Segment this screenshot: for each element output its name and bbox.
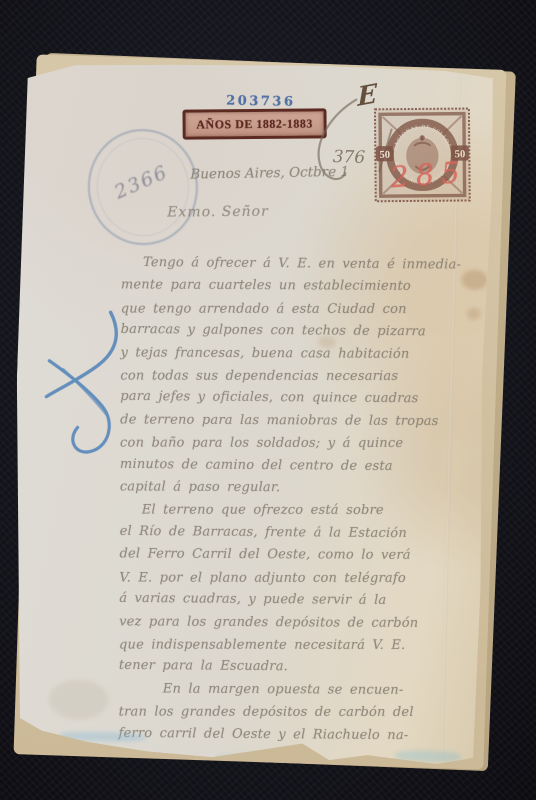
- handwritten-line: con todas sus dependencias necesarias: [120, 365, 476, 388]
- handwritten-line: ferro carril del Oeste y el Riachuelo na…: [118, 722, 474, 747]
- oval-receiving-stamp: 2366: [83, 124, 204, 250]
- handwritten-line: capital á paso regular.: [120, 476, 476, 500]
- handwritten-line: En la margen opuesta se encuen-: [119, 678, 475, 702]
- handwritten-line: barracas y galpones con techos de pizarr…: [121, 319, 477, 344]
- handwritten-line: del Ferro Carril del Oeste, como lo verá: [119, 544, 475, 568]
- handwritten-line: vez para los grandes depósitos de carbón: [119, 611, 475, 635]
- handwritten-line: que tengo arrendado á esta Ciudad con: [121, 298, 477, 321]
- photo-backdrop: 203736 AÑOS DE 1882-1883 E 376 NACIONAL …: [0, 0, 536, 800]
- handwritten-line: Tengo á ofrecer á V. E. en venta é inmed…: [121, 252, 477, 277]
- handwritten-line: de terreno para las maniobras de las tro…: [120, 409, 476, 433]
- handwritten-line: El terreno que ofrezco está sobre: [120, 500, 476, 523]
- handwritten-line: y tejas francesas, buena casa habitación: [120, 342, 476, 366]
- handwritten-line: minutos de camino del centro de esta: [120, 454, 476, 479]
- registry-number-stamp: 203736: [226, 95, 295, 109]
- handwritten-line: tener para la Escuadra.: [119, 655, 475, 680]
- handwritten-line: que indispensablemente necesitará V. E.: [119, 634, 475, 657]
- handwritten-greeting: Exmo. Señor: [167, 201, 269, 224]
- handwritten-line: á varias cuadras, y puede servir á la: [119, 588, 475, 613]
- handwritten-line: tran los grandes depósitos de carbón del: [119, 702, 475, 725]
- handwritten-line: con baño para los soldados; y á quince: [120, 433, 476, 456]
- document-page: 203736 AÑOS DE 1882-1883 E 376 NACIONAL …: [7, 58, 495, 770]
- handwritten-dateline: Buenos Aires, Octbre 1: [190, 159, 430, 186]
- handwritten-line: para jefes y oficiales, con quince cuadr…: [120, 386, 476, 411]
- handwritten-line: V. E. por el plano adjunto con telégrafo: [119, 567, 475, 590]
- handwritten-line: el Río de Barracas, frente á la Estación: [120, 521, 476, 546]
- handwritten-line: mente para cuarteles un establecimiento: [121, 275, 477, 299]
- margin-rubric-icon: [21, 308, 153, 463]
- letter-body: Tengo á ofrecer á V. E. en venta é inmed…: [118, 252, 477, 747]
- foxing-stain: [48, 679, 109, 721]
